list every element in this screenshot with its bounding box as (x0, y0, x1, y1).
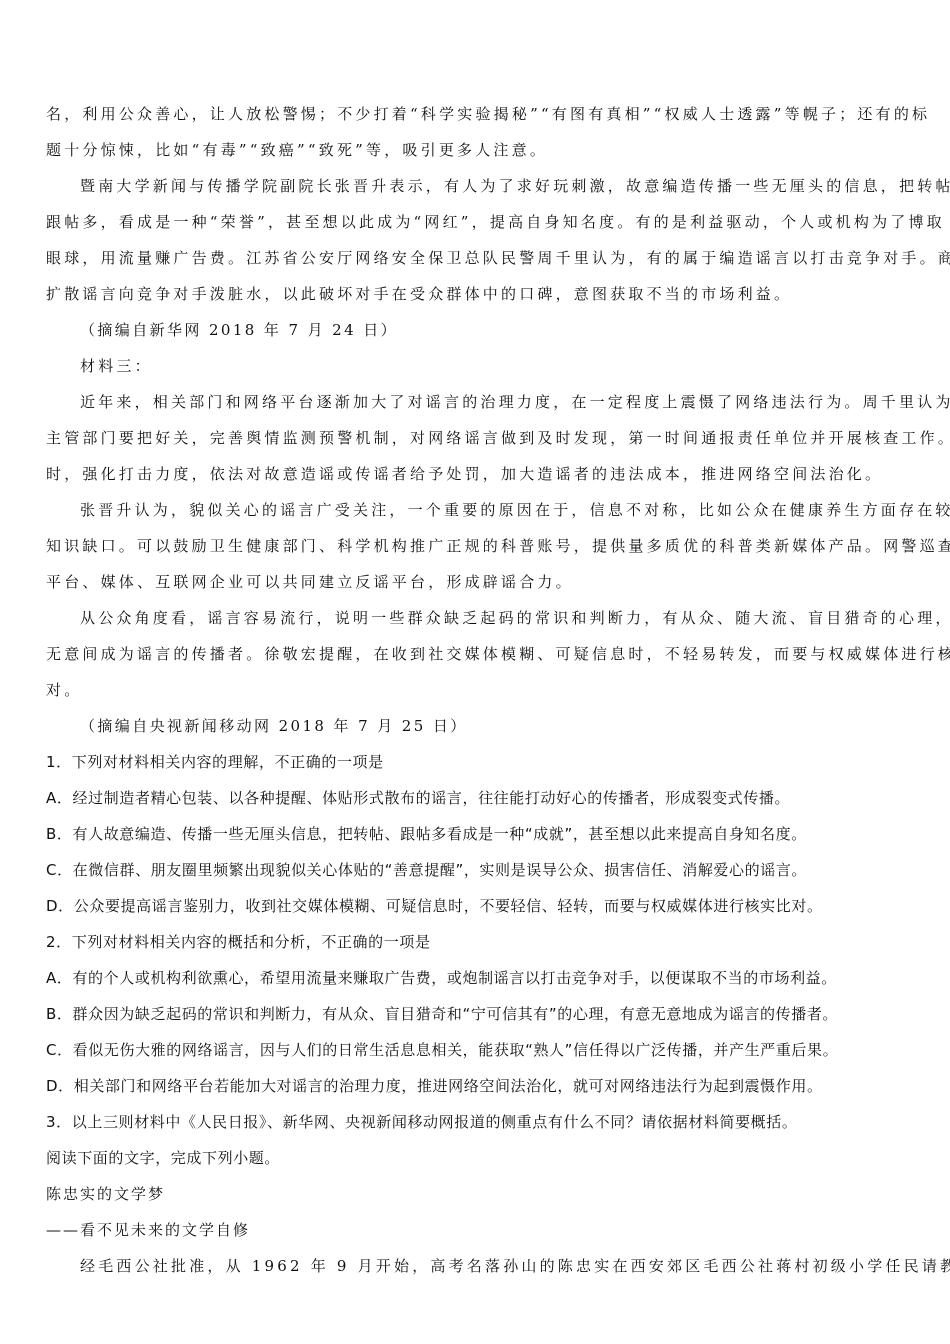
material-two-citation: （摘编自新华网 2018 年 7 月 24 日） (46, 312, 904, 348)
question-stem: 2．下列对材料相关内容的概括和分析，不正确的一项是 (46, 924, 904, 960)
text-line: 对。 (46, 672, 904, 708)
option-c: C．在微信群、朋友圈里频繁出现貌似关心体贴的“善意提醒”，实则是误导公众、损害信… (46, 852, 904, 888)
text-line: 跟帖多，看成是一种“荣誉”，甚至想以此成为“网红”，提高自身知名度。有的是利益驱… (46, 204, 904, 240)
article-title: 陈忠实的文学梦 (46, 1176, 904, 1212)
option-a: A．有的个人或机构利欲熏心，希望用流量来赚取广告费，或炮制谣言以打击竞争对手，以… (46, 960, 904, 996)
text-line: 扩散谣言向竞争对手泼脏水，以此破坏对手在受众群体中的口碑，意图获取不当的市场利益… (46, 276, 904, 312)
exam-page: 名，利用公众善心，让人放松警惕；不少打着“科学实验揭秘”“有图有真相”“权威人士… (46, 96, 904, 1284)
material-two-paragraph-2: 暨南大学新闻与传播学院副院长张晋升表示，有人为了求好玩刺激，故意编造传播一些无厘… (46, 168, 904, 312)
material-three-heading: 材料三： (46, 348, 904, 384)
option-a: A．经过制造者精心包装、以各种提醒、体贴形式散布的谣言，往往能打动好心的传播者，… (46, 780, 904, 816)
option-b: B．群众因为缺乏起码的常识和判断力，有从众、盲目猎奇和“宁可信其有”的心理，有意… (46, 996, 904, 1032)
material-two-paragraph-1: 名，利用公众善心，让人放松警惕；不少打着“科学实验揭秘”“有图有真相”“权威人士… (46, 96, 904, 168)
text-line: 近年来，相关部门和网络平台逐渐加大了对谣言的治理力度，在一定程度上震慑了网络违法… (46, 384, 904, 420)
question-2: 2．下列对材料相关内容的概括和分析，不正确的一项是 A．有的个人或机构利欲熏心，… (46, 924, 904, 1104)
material-three-citation: （摘编自央视新闻移动网 2018 年 7 月 25 日） (46, 708, 904, 744)
text-line: 眼球，用流量赚广告费。江苏省公安厅网络安全保卫总队民警周千里认为，有的属于编造谣… (46, 240, 904, 276)
text-line: 主管部门要把好关，完善舆情监测预警机制，对网络谣言做到及时发现，第一时间通报责任… (46, 420, 904, 456)
reading-instruction: 阅读下面的文字，完成下列小题。 (46, 1140, 904, 1176)
question-stem: 3．以上三则材料中《人民日报》、新华网、央视新闻移动网报道的侧重点有什么不同？请… (46, 1104, 904, 1140)
option-c: C．看似无伤大雅的网络谣言，因与人们的日常生活息息相关，能获取“熟人”信任得以广… (46, 1032, 904, 1068)
option-d: D．公众要提高谣言鉴别力，收到社交媒体模糊、可疑信息时，不要轻信、轻转，而要与权… (46, 888, 904, 924)
text-line: 名，利用公众善心，让人放松警惕；不少打着“科学实验揭秘”“有图有真相”“权威人士… (46, 96, 904, 132)
material-three-paragraph-1: 近年来，相关部门和网络平台逐渐加大了对谣言的治理力度，在一定程度上震慑了网络违法… (46, 384, 904, 492)
text-line: 张晋升认为，貌似关心的谣言广受关注，一个重要的原因在于，信息不对称，比如公众在健… (46, 492, 904, 528)
material-three-paragraph-2: 张晋升认为，貌似关心的谣言广受关注，一个重要的原因在于，信息不对称，比如公众在健… (46, 492, 904, 600)
question-3: 3．以上三则材料中《人民日报》、新华网、央视新闻移动网报道的侧重点有什么不同？请… (46, 1104, 904, 1140)
question-stem: 1．下列对材料相关内容的理解，不正确的一项是 (46, 744, 904, 780)
article-subtitle: ——看不见未来的文学自修 (46, 1212, 904, 1248)
option-d: D．相关部门和网络平台若能加大对谣言的治理力度，推进网络空间法治化，就可对网络违… (46, 1068, 904, 1104)
text-line: 时，强化打击力度，依法对故意造谣或传谣者给予处罚，加大造谣者的违法成本，推进网络… (46, 456, 904, 492)
text-line: 无意间成为谣言的传播者。徐敬宏提醒，在收到社交媒体模糊、可疑信息时，不轻易转发，… (46, 636, 904, 672)
next-reading-section: 阅读下面的文字，完成下列小题。 陈忠实的文学梦 ——看不见未来的文学自修 经毛西… (46, 1140, 904, 1284)
question-1: 1．下列对材料相关内容的理解，不正确的一项是 A．经过制造者精心包装、以各种提醒… (46, 744, 904, 924)
material-three-paragraph-3: 从公众角度看，谣言容易流行，说明一些群众缺乏起码的常识和判断力，有从众、随大流、… (46, 600, 904, 708)
text-line: 经毛西公社批准，从 1962 年 9 月开始，高考名落孙山的陈忠实在西安郊区毛西… (46, 1248, 904, 1284)
option-b: B．有人故意编造、传播一些无厘头信息，把转帖、跟帖多看成是一种“成就”，甚至想以… (46, 816, 904, 852)
text-line: 暨南大学新闻与传播学院副院长张晋升表示，有人为了求好玩刺激，故意编造传播一些无厘… (46, 168, 904, 204)
text-line: 从公众角度看，谣言容易流行，说明一些群众缺乏起码的常识和判断力，有从众、随大流、… (46, 600, 904, 636)
text-line: 题十分惊悚，比如“有毒”“致癌”“致死”等，吸引更多人注意。 (46, 132, 904, 168)
text-line: 平台、媒体、互联网企业可以共同建立反谣平台，形成辟谣合力。 (46, 564, 904, 600)
text-line: 知识缺口。可以鼓励卫生健康部门、科学机构推广正规的科普账号，提供量多质优的科普类… (46, 528, 904, 564)
